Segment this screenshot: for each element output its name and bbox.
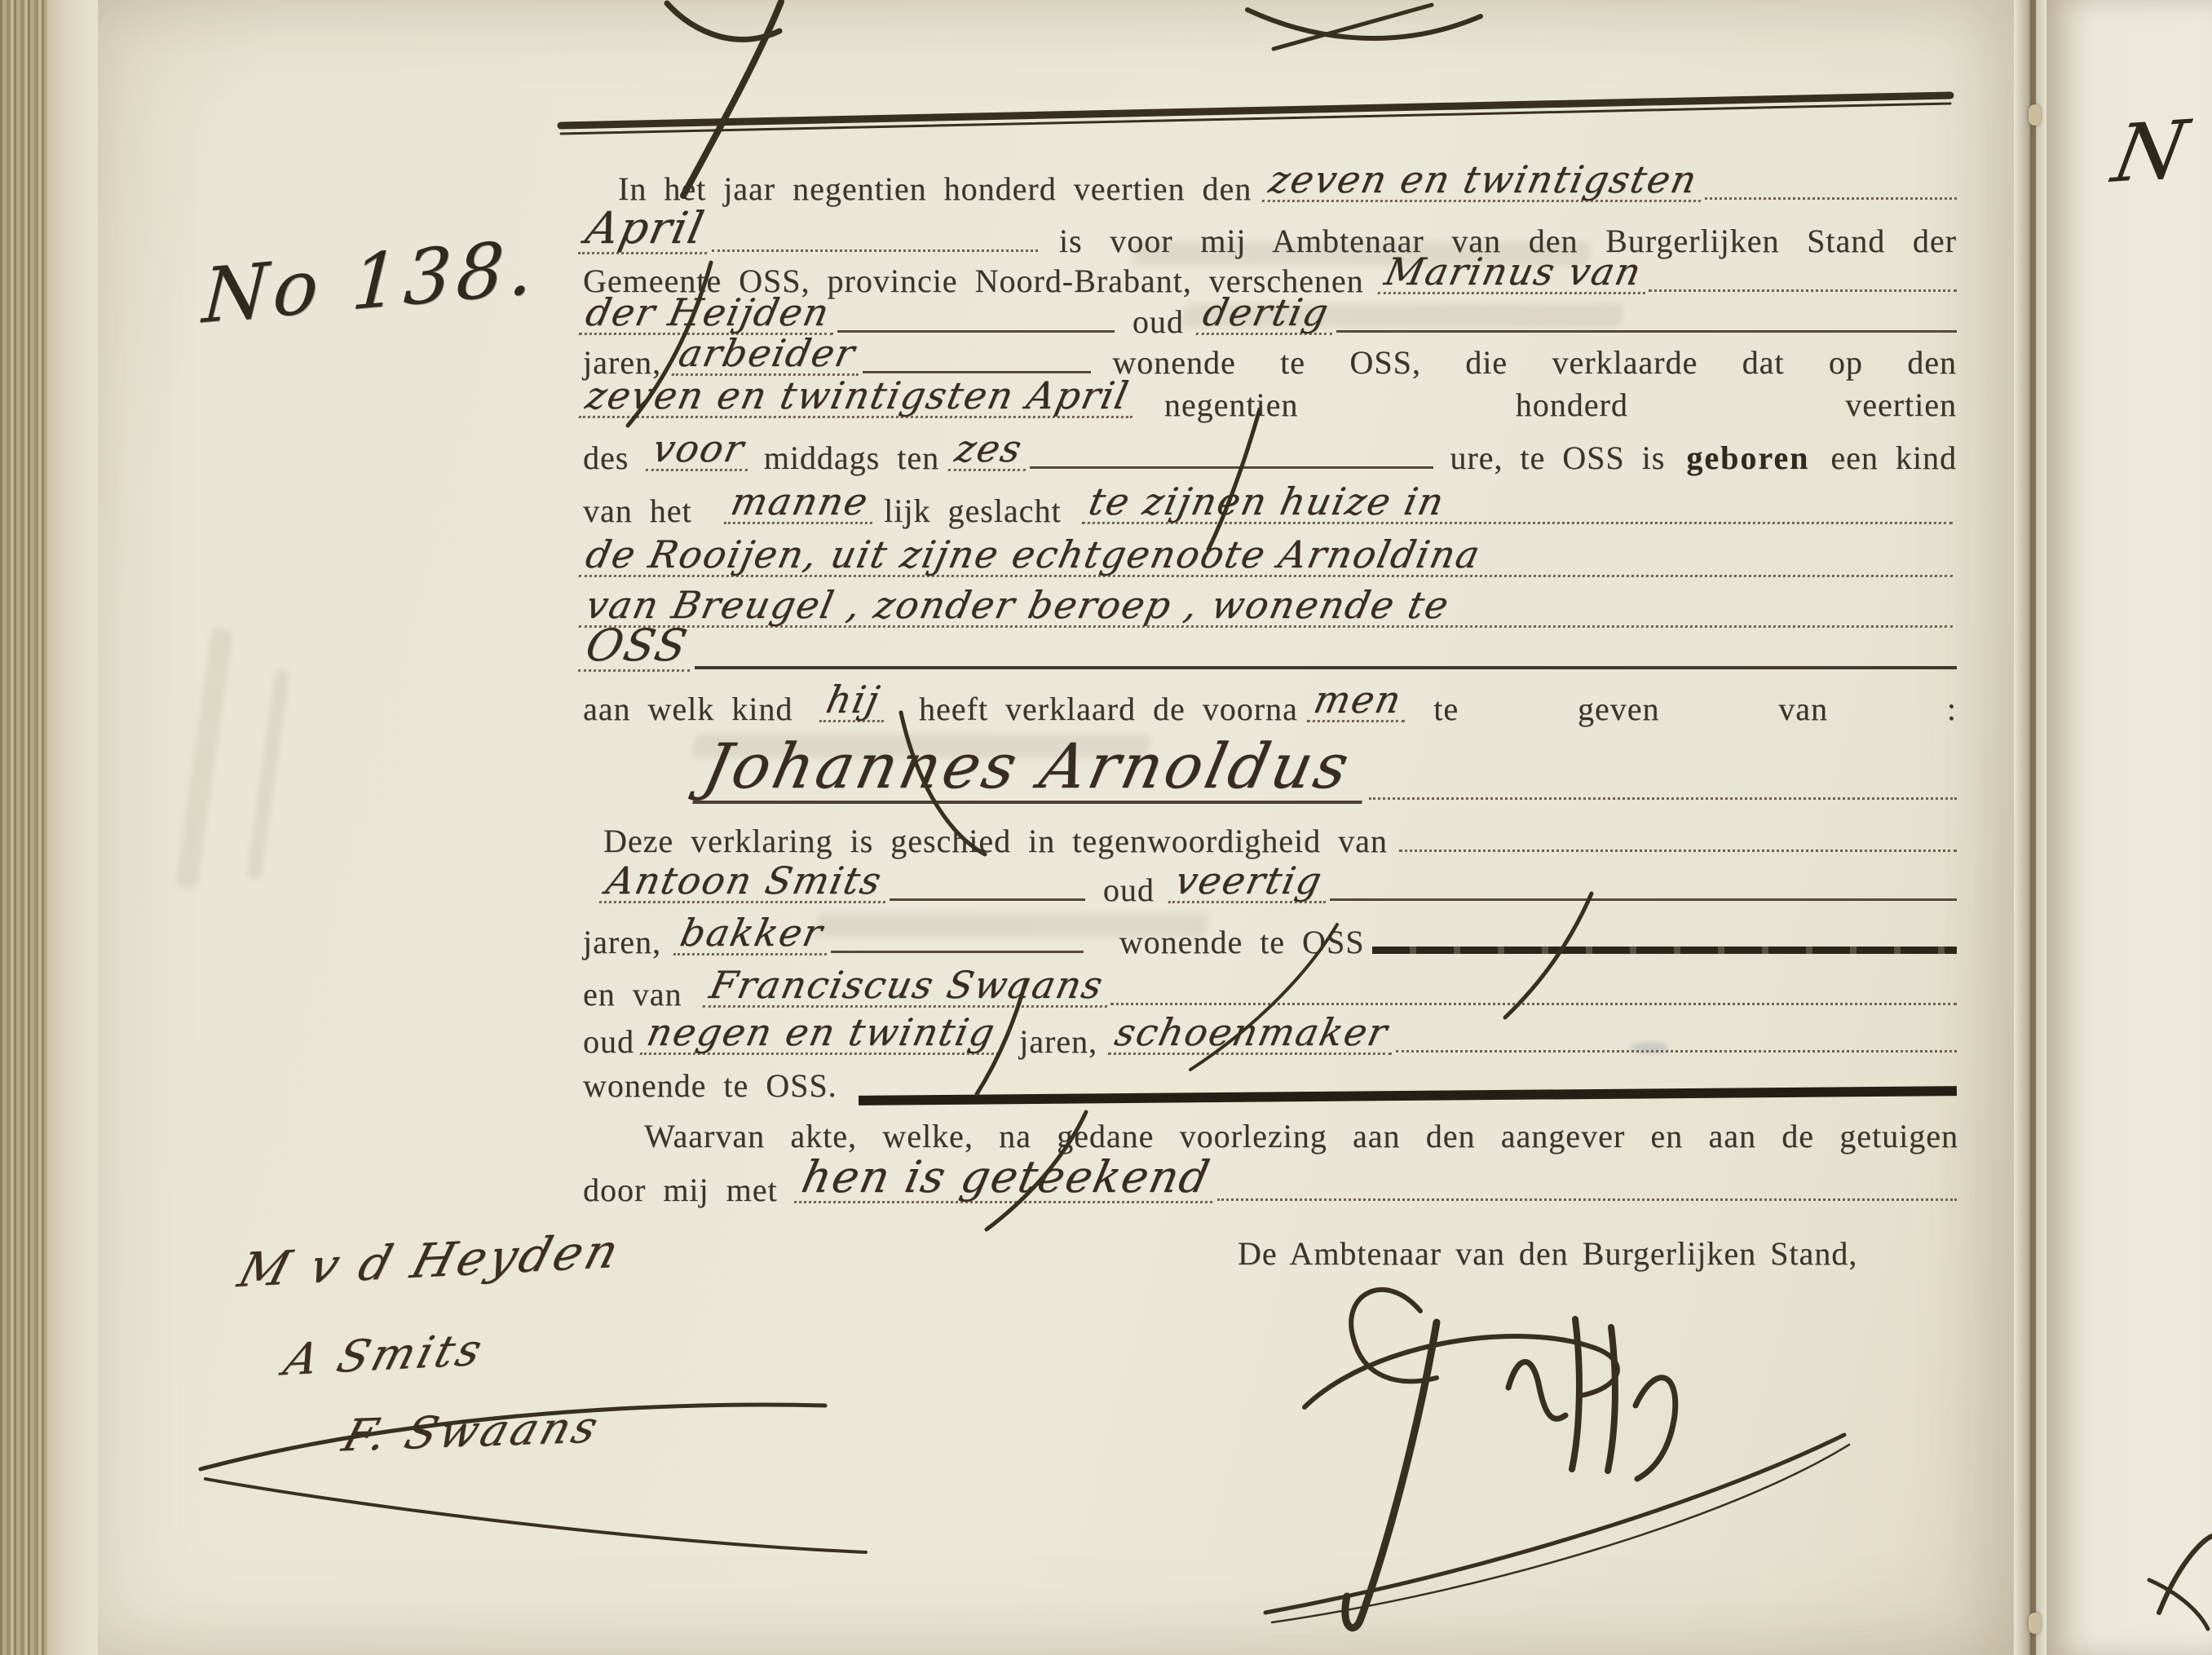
- gutter-seam: [2033, 0, 2036, 1655]
- act-line-10: van Breugel , zonder beroep , wonende te: [583, 584, 1957, 633]
- act-line-14: Deze verklaring is geschied in tegenwoor…: [603, 810, 1957, 859]
- act-line-01: In het jaar negentien honderd veertien d…: [618, 158, 1957, 207]
- printed-text: wonende te OSS: [1119, 925, 1365, 960]
- next-page-sliver: [2046, 0, 2212, 1655]
- official-title: De Ambtenaar van den Burgerlijken Stand,: [1238, 1236, 1857, 1272]
- printed-text: te geven van :: [1433, 691, 1957, 727]
- ruled-line-heavy: [1372, 947, 1957, 954]
- handwritten-date-day: zeven en twintigsten: [1262, 161, 1710, 202]
- ruled-line: [1217, 1198, 1957, 1201]
- printed-text: door mij met: [583, 1172, 778, 1208]
- handwritten-residence: OSS: [578, 624, 700, 672]
- handwritten-suffix: men: [1306, 681, 1413, 722]
- printed-text: In het jaar negentien honderd veertien d…: [618, 171, 1252, 207]
- ruled-line: [1705, 197, 1957, 200]
- printed-text: des: [583, 440, 629, 476]
- act-line-06: zeven en twintigsten April negentien hon…: [583, 374, 1957, 423]
- handwritten-age: dertig: [1195, 293, 1340, 335]
- binding-stitch: [2029, 104, 2041, 126]
- printed-text: jaren,: [583, 925, 661, 960]
- handwritten-witness2-age: negen en twintig: [640, 1013, 1008, 1055]
- handwritten-month: April: [578, 206, 717, 254]
- act-line-18: oud negen en twintig jaren, schoenmaker: [583, 1011, 1957, 1060]
- closing-title-line: De Ambtenaar van den Burgerlijken Stand,: [1238, 1223, 1939, 1272]
- ruled-line: [695, 666, 1957, 669]
- act-line-13: Johannes Arnoldus: [700, 726, 1957, 807]
- printed-text: middags ten: [764, 440, 939, 476]
- handwritten-birthdate: zeven en twintigsten April: [579, 377, 1141, 418]
- printed-text: wonende te OSS.: [583, 1068, 837, 1104]
- book-page-edges: [0, 0, 47, 1655]
- ruled-line: [1369, 797, 1957, 800]
- printed-text: een kind: [1830, 440, 1957, 476]
- printed-text-geboren: geboren: [1686, 440, 1809, 476]
- act-line-20: Waarvan akte, welke, na gedane voorlezin…: [644, 1106, 1958, 1154]
- printed-text: Deze verklaring is geschied in tegenwoor…: [603, 823, 1388, 859]
- printed-text: lijk geslacht: [884, 493, 1061, 529]
- printed-text: Waarvan akte, welke, na gedane voorlezin…: [644, 1119, 1958, 1154]
- handwritten-mother-entry: de Rooijen, uit zijne echtgenoote Arnold…: [579, 536, 1962, 577]
- handwritten-witness2-occupation: schoenmaker: [1108, 1013, 1401, 1055]
- act-line-21: door mij met hen is geteekend: [583, 1159, 1957, 1208]
- signature-witness2: F. Swaans: [337, 1401, 607, 1462]
- handwritten-occupation: arbeider: [672, 334, 868, 376]
- act-line-07: des voor middags ten zes ure, te OSS is …: [583, 427, 1957, 476]
- printed-text: ure, te OSS is: [1450, 440, 1665, 476]
- book-gutter: [2014, 0, 2046, 1655]
- handwritten-mother-entry: van Breugel , zonder beroep , wonende te: [579, 586, 1962, 628]
- page-edge-highlight: [47, 0, 98, 1655]
- handwritten-gender: manne: [723, 483, 880, 524]
- printed-text: aan welk kind: [583, 691, 793, 727]
- printed-text: en van: [583, 977, 682, 1013]
- printed-text: negentien honderd veertien: [1164, 387, 1957, 423]
- printed-text: oud: [1103, 872, 1155, 908]
- act-line-08: van het manne lijk geslacht te zijnen hu…: [583, 480, 1957, 529]
- printed-text: van het: [583, 493, 692, 529]
- handwritten-declarant-name: Marinus van: [1377, 253, 1653, 294]
- act-line-16: jaren, bakker wonende te OSS: [583, 911, 1957, 960]
- ruled-line: [890, 898, 1085, 901]
- handwritten-witness1-occupation: bakker: [673, 914, 836, 955]
- printed-text: heeft verklaard de voorna: [919, 691, 1298, 727]
- act-line-15: Antoon Smits oud veertig: [603, 859, 1957, 908]
- handwritten-birthplace: te zijnen huize in: [1081, 483, 1961, 524]
- handwritten-witness2-name: Franciscus Swaans: [702, 966, 1115, 1008]
- act-line-09: de Rooijen, uit zijne echtgenoote Arnold…: [583, 533, 1957, 582]
- ruled-line: [831, 951, 1084, 953]
- act-line-11: OSS: [583, 628, 1957, 677]
- ruled-line-heavy: [859, 1086, 1957, 1106]
- handwritten-daypart: voor: [646, 430, 757, 471]
- ruled-line: [1330, 898, 1957, 901]
- handwritten-witness1-age: veertig: [1168, 862, 1334, 903]
- handwritten-child-name: Johannes Arnoldus: [692, 735, 1376, 804]
- ruled-line: [1399, 850, 1957, 852]
- handwritten-hour: zes: [948, 430, 1035, 471]
- act-line-19: wonende te OSS.: [583, 1055, 1957, 1104]
- handwritten-declarant-name: der Heijden: [579, 293, 842, 335]
- act-line-17: en van Franciscus Swaans: [583, 964, 1957, 1013]
- handwritten-signing-clause: hen is geteekend: [793, 1155, 1222, 1203]
- ruled-line: [1396, 1050, 1957, 1053]
- ruled-line: [1030, 466, 1433, 469]
- act-line-12: aan welk kind hij heeft verklaard de voo…: [583, 678, 1957, 727]
- handwritten-pronoun: hij: [819, 681, 892, 722]
- binding-stitch: [2029, 1613, 2041, 1634]
- handwritten-witness1-name: Antoon Smits: [599, 862, 894, 903]
- ruled-line: [1110, 1003, 1957, 1005]
- birth-register-scan: No 138. N In het jaar negentien honderd …: [0, 0, 2212, 1655]
